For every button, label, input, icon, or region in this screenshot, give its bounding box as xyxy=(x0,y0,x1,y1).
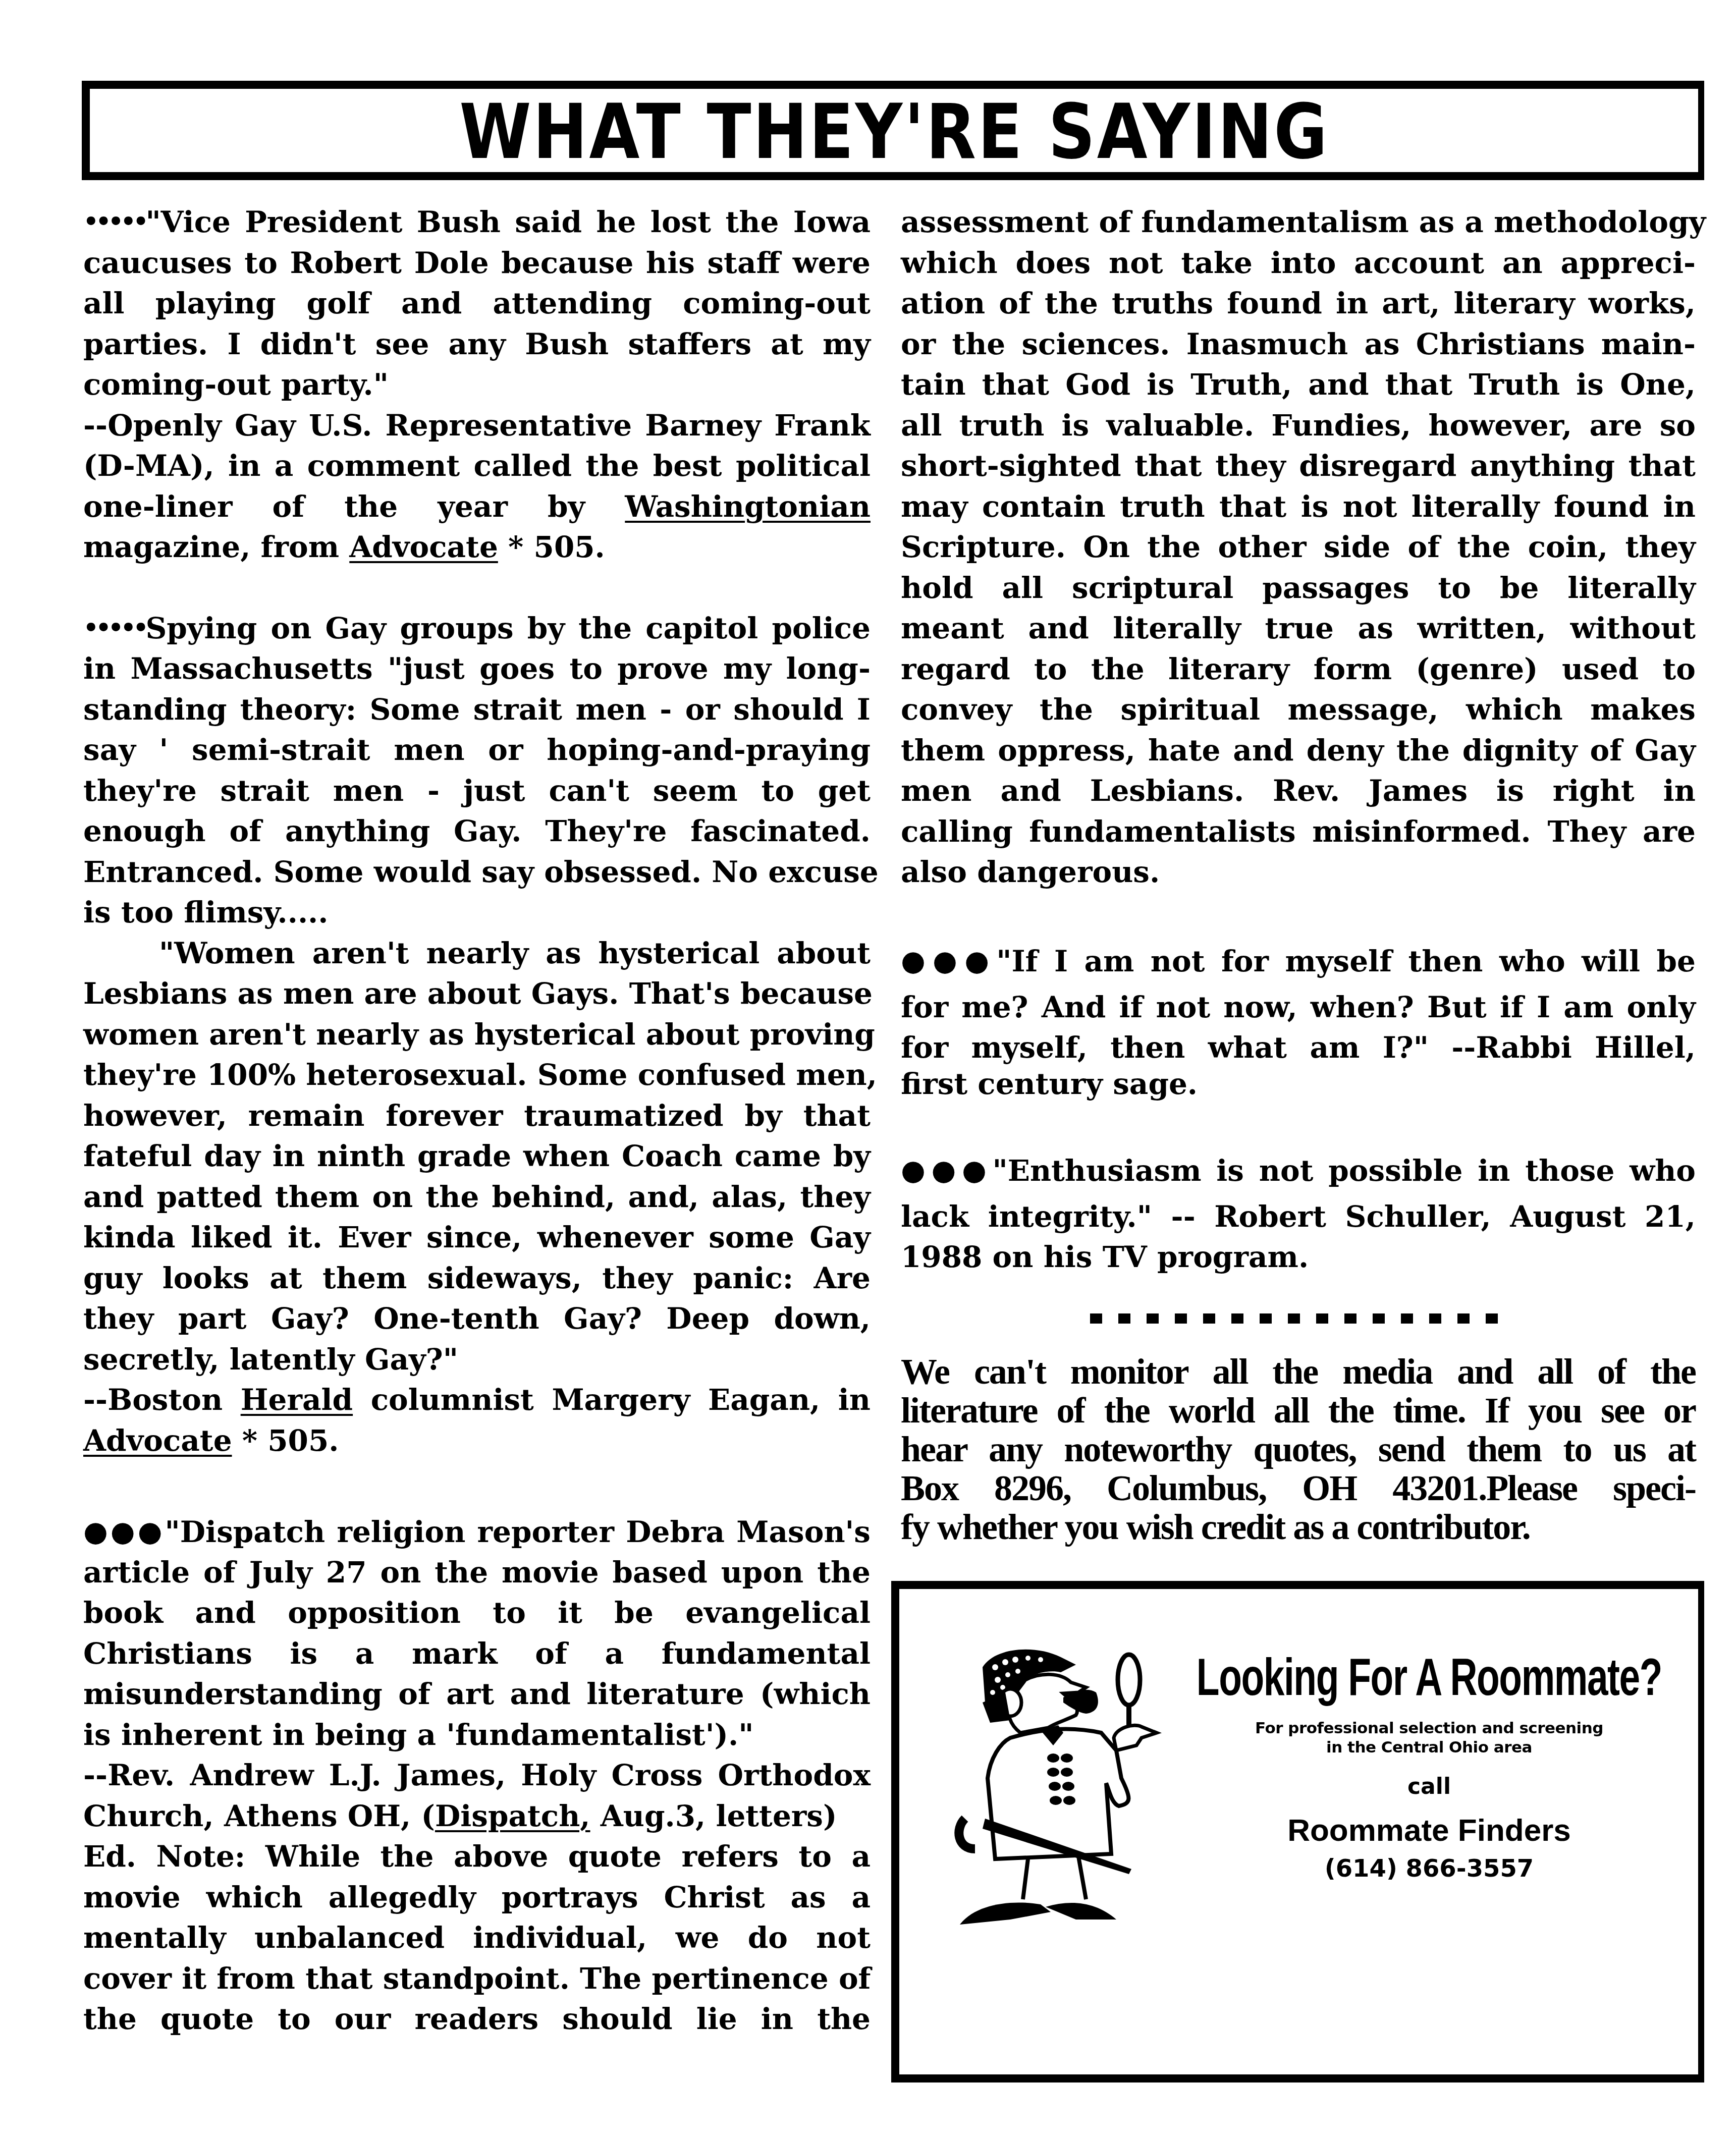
quote-item-barney-frank: •••••"Vice President Bush said he lost t… xyxy=(83,202,871,568)
ad-headline: Looking For A Roommate? xyxy=(1193,1647,1665,1708)
ad-subline: For professional selection and screening xyxy=(1182,1719,1676,1738)
section-separator xyxy=(1090,1313,1498,1325)
ad-subline: in the Central Ohio area xyxy=(1182,1738,1676,1757)
roommate-finders-ad: Looking For A Roommate? For professional… xyxy=(891,1581,1704,2082)
ad-copy: Looking For A Roommate? For professional… xyxy=(1182,1647,1676,1883)
bullet-dots-icon: ●●● xyxy=(901,1154,992,1187)
quote-item-margery-eagan: •••••Spying on Gay groups by the capitol… xyxy=(83,608,871,1461)
quote-item-robert-schuller: ●●●"Enthusiasm is not possible in those … xyxy=(901,1150,1696,1278)
detective-illustration-icon xyxy=(935,1637,1162,1940)
submission-notice: We can't monitor all the media and all o… xyxy=(901,1352,1696,1547)
editor-note: Ed. Note: While the above quote refers t… xyxy=(83,1836,871,2040)
quote-attribution: --Boston Herald columnist Margery Eagan,… xyxy=(83,1380,871,1420)
bullet-dots-icon: ••••• xyxy=(83,614,145,642)
bullet-dots-icon: ●●● xyxy=(901,944,996,977)
right-column: assessment of fundamentalism as a method… xyxy=(901,202,1696,1278)
separator-block xyxy=(1373,1313,1385,1324)
bullet-dots-icon: ●●● xyxy=(83,1515,165,1548)
separator-block xyxy=(1457,1313,1470,1324)
section-title: WHAT THEY'RE SAYING xyxy=(459,94,1329,170)
separator-block xyxy=(1118,1313,1130,1324)
section-masthead: WHAT THEY'RE SAYING xyxy=(82,81,1704,180)
quote-item-rabbi-hillel: ●●●"If I am not for myself then who will… xyxy=(901,941,1696,1105)
publication-name: Advocate xyxy=(83,1423,232,1458)
newsletter-page: WHAT THEY'RE SAYING •••••"Vice President… xyxy=(0,0,1736,2138)
editor-note-continuation: assessment of fundamentalism as a method… xyxy=(901,202,1696,893)
separator-block xyxy=(1090,1313,1102,1324)
separator-block xyxy=(1175,1313,1187,1324)
separator-block xyxy=(1203,1313,1215,1324)
separator-block xyxy=(1401,1313,1413,1324)
quote-item-andrew-james: ●●●"Dispatch religion reporter Debra Mas… xyxy=(83,1511,871,2040)
publication-name: Dispatch, xyxy=(435,1799,590,1833)
bullet-dots-icon: ••••• xyxy=(83,208,145,236)
ad-phone-number: (614) 866-3557 xyxy=(1182,1854,1676,1883)
quote-attribution: --Rev. Andrew L.J. James, Holy Cross Ort… xyxy=(83,1755,871,1796)
separator-block xyxy=(1147,1313,1159,1324)
publication-name: Herald xyxy=(241,1383,353,1417)
ad-call-label: call xyxy=(1182,1774,1676,1799)
ad-company-name: Roommate Finders xyxy=(1182,1813,1676,1849)
separator-block xyxy=(1288,1313,1300,1324)
separator-block xyxy=(1429,1313,1441,1324)
separator-block xyxy=(1260,1313,1272,1324)
publication-name: Advocate xyxy=(349,530,498,564)
separator-block xyxy=(1316,1313,1328,1324)
separator-block xyxy=(1231,1313,1243,1324)
publication-name: Washingtonian xyxy=(625,489,871,524)
left-column: •••••"Vice President Bush said he lost t… xyxy=(83,202,871,2040)
separator-block xyxy=(1486,1313,1498,1324)
separator-block xyxy=(1344,1313,1357,1324)
quote-attribution: --Openly Gay U.S. Representative Barney … xyxy=(83,405,871,446)
